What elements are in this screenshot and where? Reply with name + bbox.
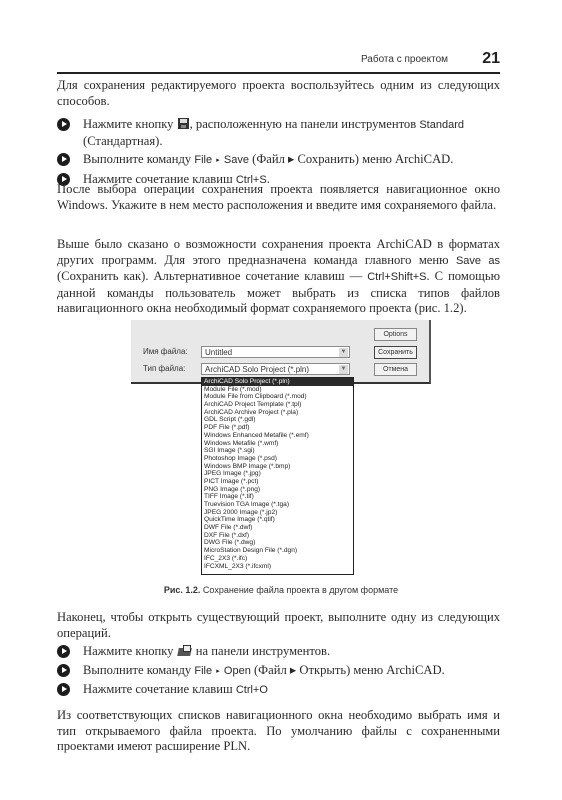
filetype-option[interactable]: GDL Script (*.gdl) [202,416,353,424]
filetype-option[interactable]: Windows Metafile (*.wmf) [202,440,353,448]
filetype-option[interactable]: Truevision TGA Image (*.tga) [202,501,353,509]
arrow-bullet-icon [57,153,70,166]
arrow-bullet-icon [57,664,70,677]
arrow-bullet-icon [57,645,70,658]
filetype-option[interactable]: PICT Image (*.pct) [202,478,353,486]
page-number: 21 [482,50,500,68]
filetype-option[interactable]: SGI Image (*.sgi) [202,447,353,455]
intro-open-paragraph: Наконец, чтобы открыть существующий прое… [57,610,500,641]
filetype-option[interactable]: DXF File (*.dxf) [202,532,353,540]
list-item: Нажмите кнопку , расположенную на панели… [57,117,500,149]
paragraph-after-save: После выбора операции сохранения проекта… [57,182,500,213]
filetype-option[interactable]: Module File from Clipboard (*.mod) [202,393,353,401]
filetype-option[interactable]: Photoshop Image (*.psd) [202,455,353,463]
open-steps-list: Нажмите кнопку на панели инструментов. В… [57,644,500,702]
list-item: Выполните команду File ▸ Save (Файл ▸ Со… [57,152,500,169]
save-icon [178,118,189,129]
chevron-down-icon[interactable]: ▼ [339,348,348,357]
filetype-option[interactable]: PDF File (*.pdf) [202,424,353,432]
save-button[interactable]: Сохранить [374,346,417,359]
filetype-label: Тип файла: [143,364,185,373]
arrow-bullet-icon [57,118,70,131]
figure-caption: Рис. 1.2. Сохранение файла проекта в дру… [0,585,562,595]
filetype-option[interactable]: JPEG Image (*.jpg) [202,470,353,478]
intro-paragraph: Для сохранения редактируемого проекта во… [57,78,500,109]
list-item: Выполните команду File ▸ Open (Файл ▸ От… [57,663,500,680]
filetype-option[interactable]: ArchiCAD Archive Project (*.pla) [202,409,353,417]
running-head: Работа с проектом 21 [57,52,500,74]
list-item: Нажмите сочетание клавиш Ctrl+O [57,682,500,699]
filetype-option[interactable]: TIFF Image (*.tif) [202,493,353,501]
save-as-dialog: Имя файла: Untitled ▼ Тип файла: ArchiCA… [131,320,431,384]
chevron-down-icon[interactable]: ▼ [339,365,348,374]
filetype-option[interactable]: Windows Enhanced Metafile (*.emf) [202,432,353,440]
filetype-option[interactable]: IFC_2X3 (*.ifc) [202,555,353,563]
book-page: Работа с проектом 21 Для сохранения реда… [0,0,562,800]
filetype-option[interactable]: ArchiCAD Project Template (*.tpl) [202,401,353,409]
filetype-option[interactable]: Module File (*.mod) [202,386,353,394]
cancel-button[interactable]: Отмена [374,363,417,376]
filetype-option[interactable]: MicroStation Design File (*.dgn) [202,547,353,555]
filetype-option[interactable]: Windows BMP Image (*.bmp) [202,463,353,471]
save-steps-list: Нажмите кнопку , расположенную на панели… [57,117,500,191]
filetype-option[interactable]: DWG File (*.dwg) [202,539,353,547]
filetype-dropdown-list[interactable]: ArchiCAD Solo Project (*.pln)Module File… [201,377,354,575]
final-paragraph: Из соответствующих списков навигационног… [57,708,500,755]
open-folder-icon [178,645,192,656]
filetype-option[interactable]: PNG Image (*.png) [202,486,353,494]
paragraph-save-as: Выше было сказано о возможности сохранен… [57,237,500,317]
chapter-title: Работа с проектом [361,54,448,65]
filetype-option[interactable]: JPEG 2000 Image (*.jp2) [202,509,353,517]
filetype-option[interactable]: QuickTime Image (*.qtif) [202,516,353,524]
filetype-option[interactable]: IFCXML_2X3 (*.ifcxml) [202,563,353,571]
filetype-option[interactable]: ArchiCAD Solo Project (*.pln) [202,378,353,386]
filetype-option[interactable]: DWF File (*.dwf) [202,524,353,532]
filename-input[interactable]: Untitled ▼ [201,346,350,358]
list-item: Нажмите кнопку на панели инструментов. [57,644,500,660]
filetype-select[interactable]: ArchiCAD Solo Project (*.pln) ▼ [201,363,350,375]
filename-label: Имя файла: [143,347,188,356]
options-button[interactable]: Options [374,328,417,341]
arrow-bullet-icon [57,683,70,696]
